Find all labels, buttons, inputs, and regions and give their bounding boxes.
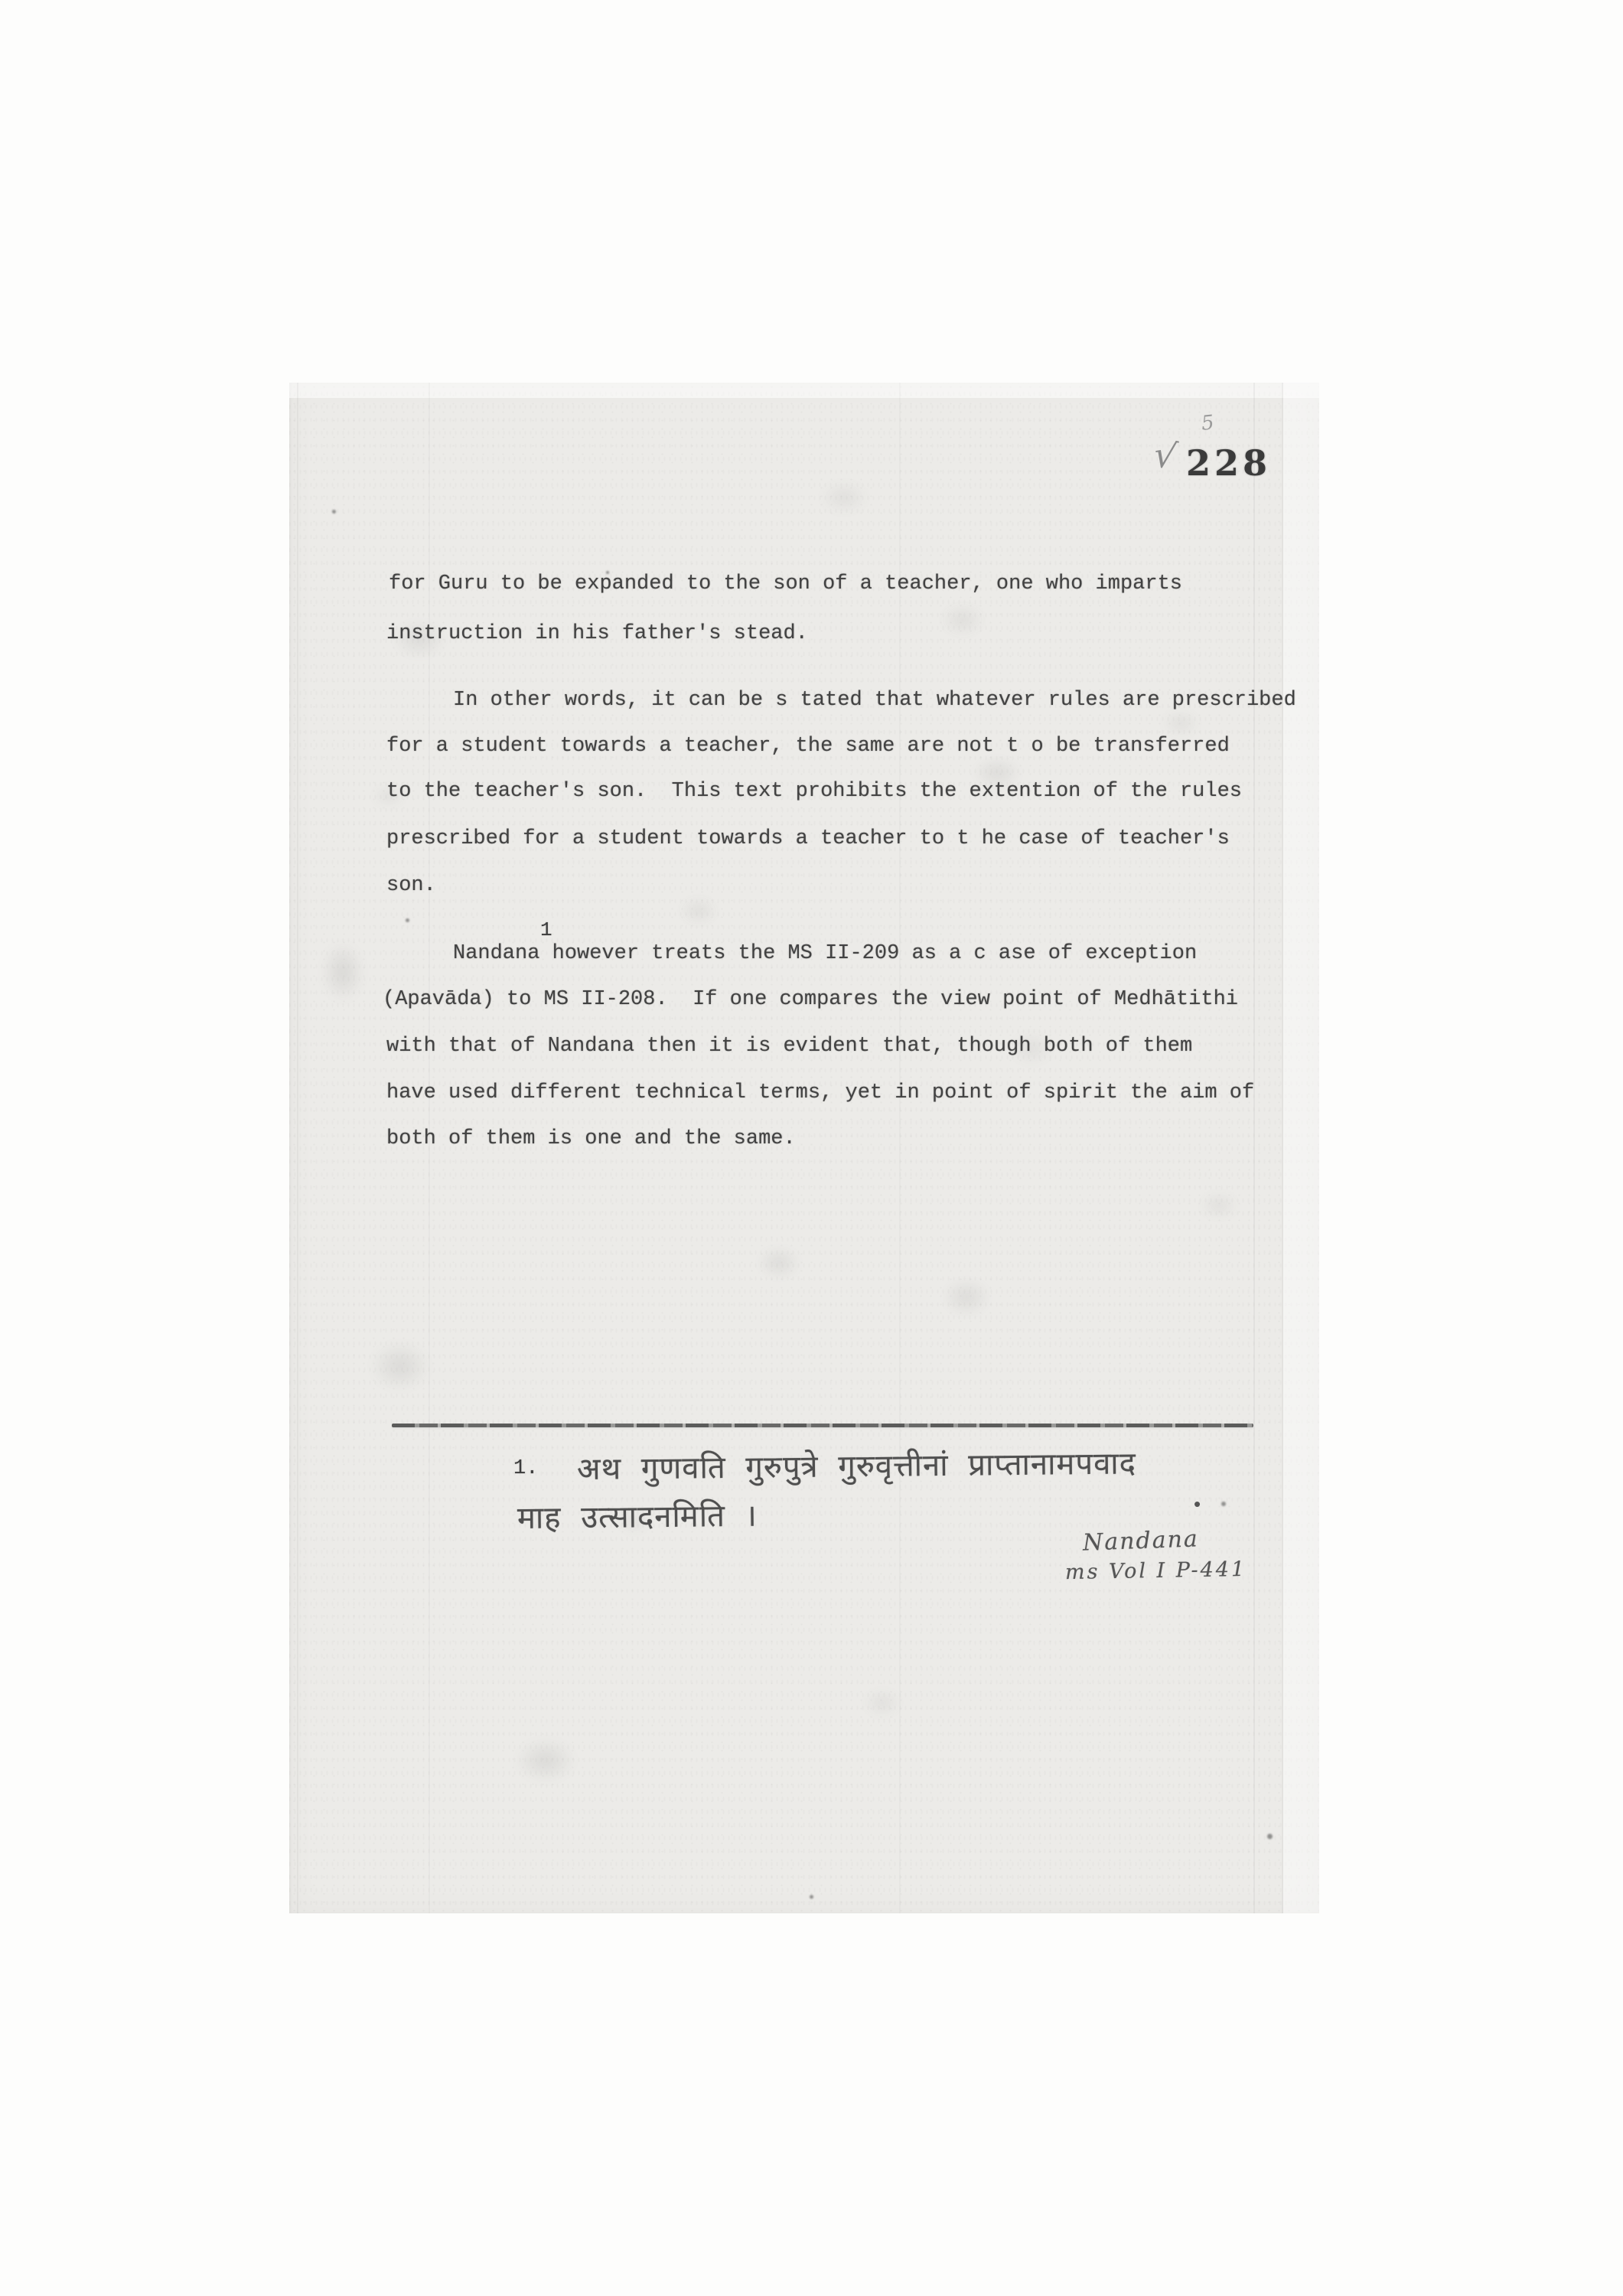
footnote-separator	[392, 1424, 1253, 1427]
typed-line-p3-1: Nandana however treats the MS II-209 as …	[453, 944, 1197, 964]
paper-stain	[358, 1332, 442, 1401]
footnote-anusvara-dot: •	[1194, 1494, 1201, 1514]
paper-stain	[748, 1240, 810, 1286]
paper-stain	[672, 892, 725, 930]
paper-edge-band	[1283, 383, 1319, 1913]
paper-speck	[810, 1895, 813, 1899]
paper-stain	[504, 1730, 588, 1791]
handwritten-stray-mark: 5	[1200, 411, 1215, 435]
paper-fold-line	[1253, 383, 1255, 1913]
paper-speck	[332, 510, 336, 514]
paper-fold-line	[297, 383, 298, 1913]
footnote-sanskrit-line-1: अथ गुणवति गुरुपुत्रे गुरुवृत्तीनां प्राप…	[577, 1445, 1136, 1488]
page-number: 228	[1186, 442, 1271, 484]
typed-line-p1-2: instruction in his father's stead.	[386, 624, 808, 644]
paper-fold-line	[899, 383, 901, 1913]
scan-background: √ 5 228 for Guru to be expanded to the s…	[0, 0, 1623, 2296]
footnote-number: 1.	[513, 1457, 538, 1480]
paper-stain	[1192, 1186, 1246, 1225]
scanned-page: √ 5 228 for Guru to be expanded to the s…	[289, 383, 1319, 1913]
typed-line-p3-4: have used different technical terms, yet…	[386, 1083, 1254, 1104]
footnote-sanskrit-line-2: माह उत्सादनमिति ।	[517, 1498, 758, 1537]
typed-line-p3-5: both of them is one and the same.	[386, 1129, 796, 1150]
typed-line-p2-1: In other words, it can be s tated that w…	[453, 690, 1296, 711]
footnote-reference-marker: 1	[540, 918, 552, 941]
paper-stain	[932, 597, 993, 643]
paper-speck	[406, 918, 409, 922]
typed-line-p2-2: for a student towards a teacher, the sam…	[386, 736, 1230, 757]
paper-stain	[932, 1270, 1001, 1324]
paper-stain	[810, 475, 878, 520]
paper-stain	[855, 1684, 909, 1722]
typed-line-p2-5: son.	[386, 876, 436, 896]
typed-line-p2-4: prescribed for a student towards a teach…	[386, 829, 1230, 850]
typed-line-p2-3: to the teacher's son. This text prohibit…	[386, 781, 1242, 802]
handwritten-source-name: Nandana	[1082, 1525, 1199, 1556]
handwritten-source-reference: ms Vol I P-441	[1065, 1557, 1247, 1584]
paper-speck	[1221, 1502, 1226, 1506]
handwritten-tick-mark: √	[1151, 433, 1180, 478]
typed-line-p3-3: with that of Nandana then it is evident …	[386, 1036, 1192, 1057]
paper-stain	[312, 930, 373, 1014]
paper-speck	[1267, 1834, 1273, 1839]
typed-line-p3-2: (Apavāda) to MS II-208. If one compares …	[383, 990, 1238, 1010]
typed-line-p1-1: for Guru to be expanded to the son of a …	[389, 574, 1182, 595]
